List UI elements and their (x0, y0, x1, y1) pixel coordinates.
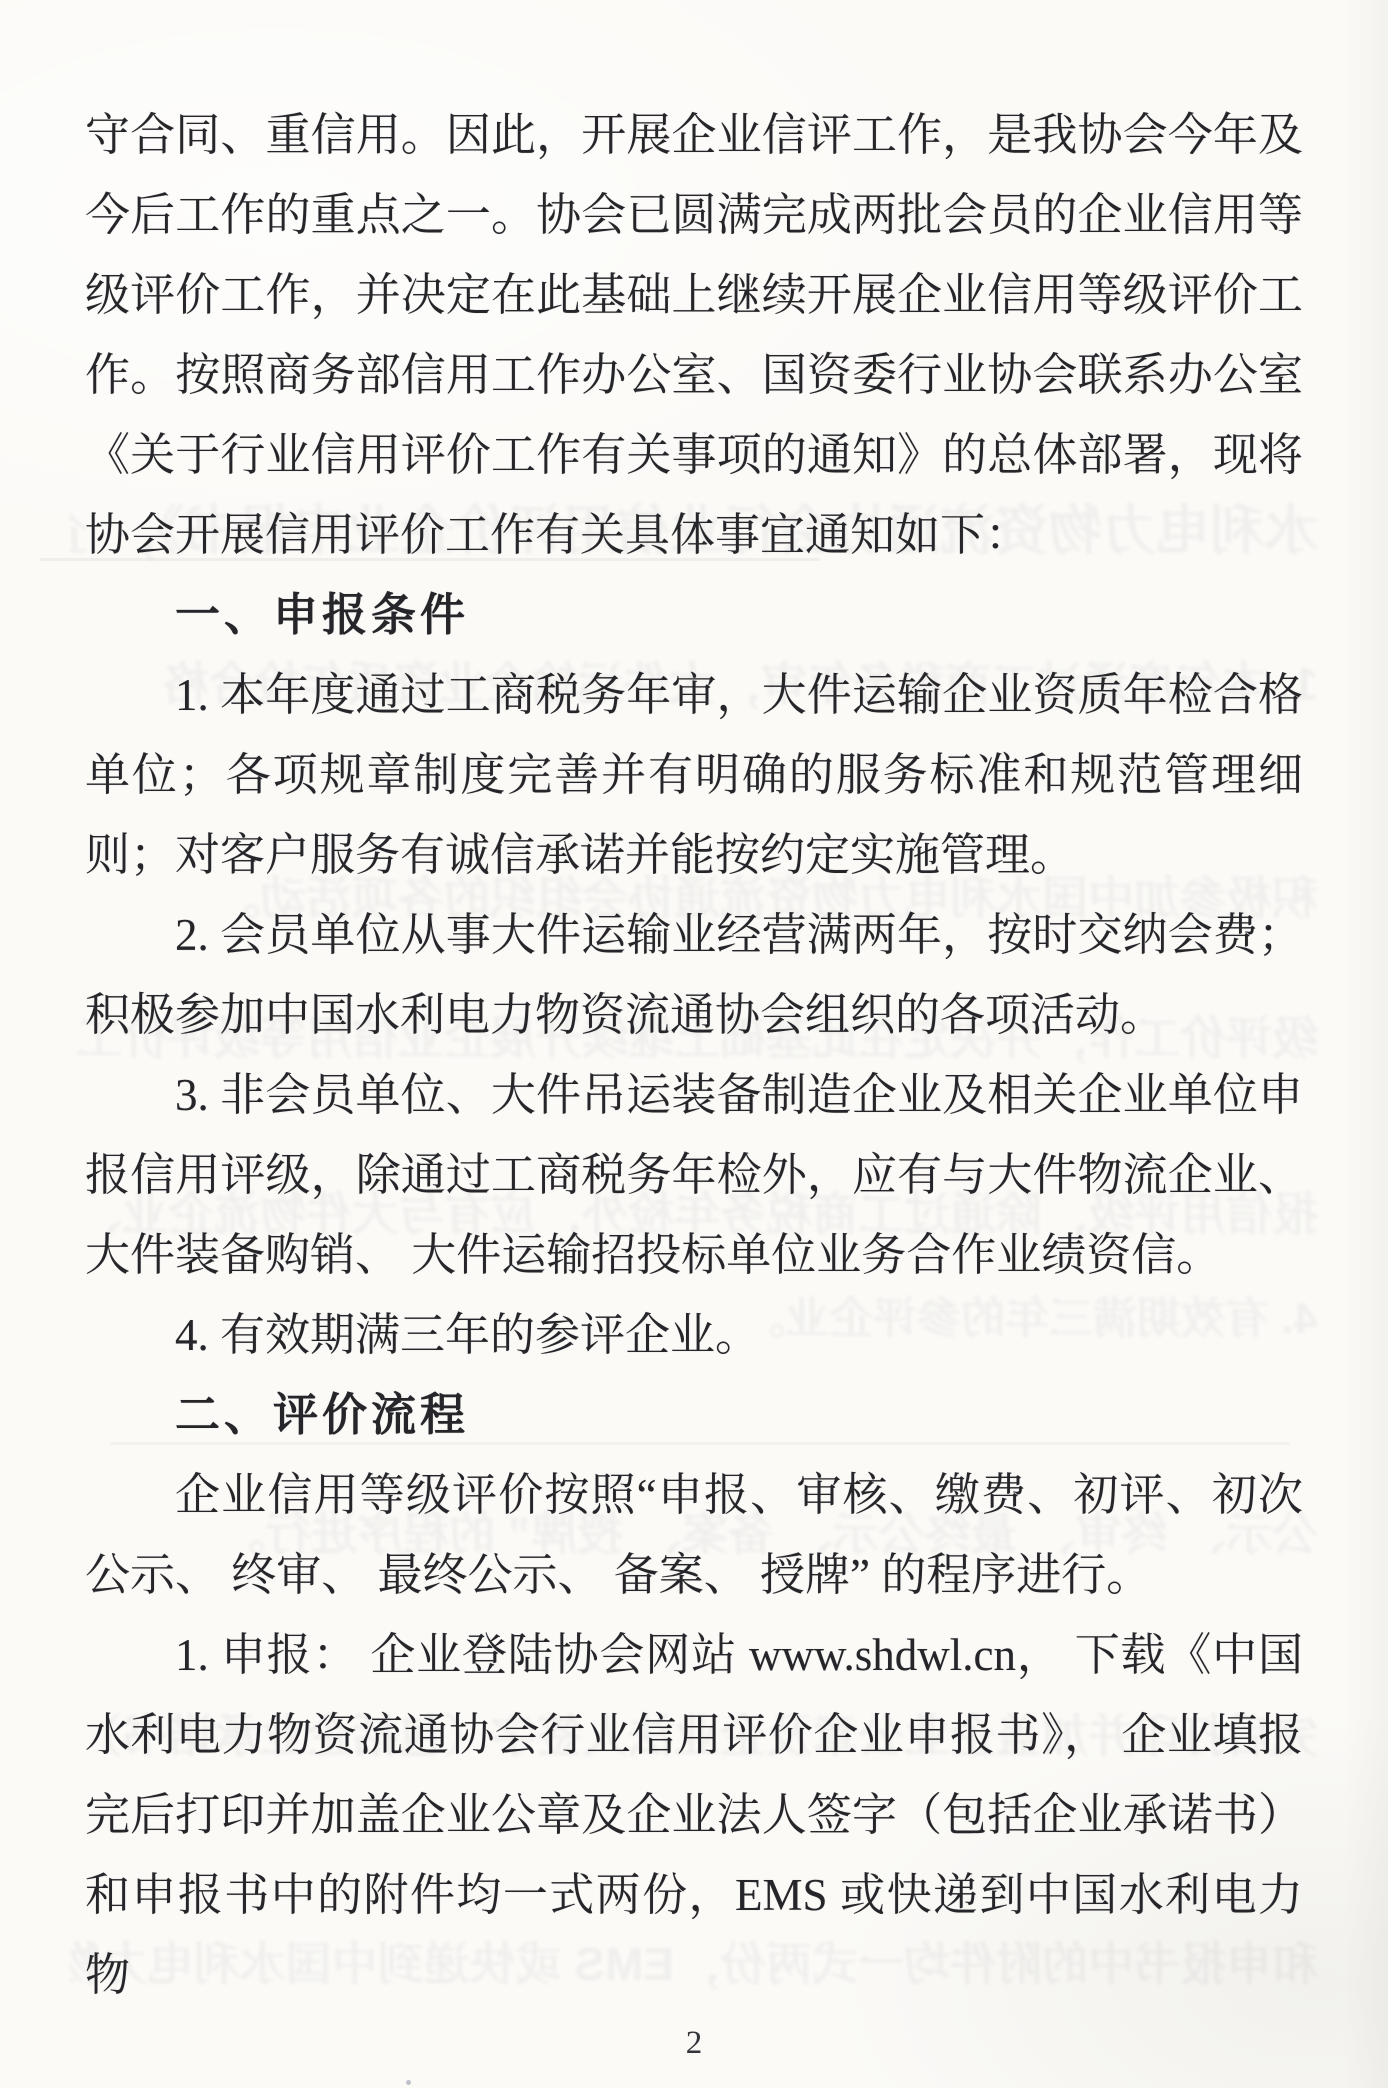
text-line: 守合同、重信用。因此，开展企业信评工作，是我协会今年及 (85, 95, 1303, 175)
text-line: 公示、 终审、 最终公示、 备案、 授牌” 的程序进行。 (85, 1535, 1303, 1615)
scan-speck (406, 2080, 411, 2085)
bleedthrough-text: 和申报书中的附件均一式两份，EMS 或快递到中国水利电力物 (70, 1928, 1318, 1994)
text-line: 3. 非会员单位、大件吊运装备制造企业及相关企业单位申 (85, 1055, 1303, 1135)
document-body: 守合同、重信用。因此，开展企业信评工作，是我协会今年及今后工作的重点之一。协会已… (85, 95, 1303, 1935)
text-line: 单位；各项规章制度完善并有明确的服务标准和规范管理细 (85, 735, 1303, 815)
text-line: 报信用评级，除通过工商税务年检外，应有与大件物流企业、 (85, 1135, 1303, 1215)
text-line: 4. 有效期满三年的参评企业。 (85, 1295, 1303, 1375)
text-line: 水利电力物资流通协会行业信用评价企业申报书》， 企业填报 (85, 1695, 1303, 1775)
section-heading: 一、申报条件 (85, 575, 1303, 655)
page-number: 2 (0, 2018, 1388, 2068)
text-line: 积极参加中国水利电力物资流通协会组织的各项活动。 (85, 975, 1303, 1055)
text-line: 大件装备购销、 大件运输招投标单位业务合作业绩资信。 (85, 1215, 1303, 1295)
text-line: 作。按照商务部信用工作办公室、国资委行业协会联系办公室 (85, 335, 1303, 415)
text-line: 和申报书中的附件均一式两份，EMS 或快递到中国水利电力物 (85, 1855, 1303, 1935)
text-line: 今后工作的重点之一。协会已圆满完成两批会员的企业信用等 (85, 175, 1303, 255)
text-line: 完后打印并加盖企业公章及企业法人签字（包括企业承诺书） (85, 1775, 1303, 1855)
text-line: 《关于行业信用评价工作有关事项的通知》的总体部署，现将 (85, 415, 1303, 495)
scanned-document-page: 水利电力物资流通协会行业信用评价企业申报书》， 企业填报1. 本年度通过工商税务… (0, 0, 1388, 2088)
section-heading: 二、评价流程 (85, 1375, 1303, 1455)
text-line: 级评价工作，并决定在此基础上继续开展企业信用等级评价工 (85, 255, 1303, 335)
text-line: 2. 会员单位从事大件运输业经营满两年，按时交纳会费； (85, 895, 1303, 975)
text-line: 企业信用等级评价按照“申报、审核、缴费、初评、初次 (85, 1455, 1303, 1535)
text-line: 1. 申报： 企业登陆协会网站 www.shdwl.cn， 下载《中国 (85, 1615, 1303, 1695)
text-line: 1. 本年度通过工商税务年审，大件运输企业资质年检合格 (85, 655, 1303, 735)
text-line: 协会开展信用评价工作有关具体事宜通知如下： (85, 495, 1303, 575)
text-line: 则；对客户服务有诚信承诺并能按约定实施管理。 (85, 815, 1303, 895)
